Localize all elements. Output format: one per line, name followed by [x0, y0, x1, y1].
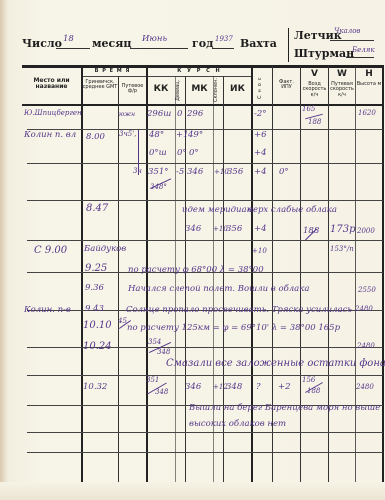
col-header-v-label: Возд скорость к/ч [301, 82, 328, 98]
year-label: год [192, 37, 213, 50]
navigator-underline [346, 57, 374, 58]
col-header-ipu: Факт. ИПУ [273, 80, 300, 91]
col-header-mk: МК [186, 85, 213, 94]
gmt-cell: 9.25 [85, 264, 107, 274]
note-cell: Солнце пропало просвечивать. Тряска усил… [126, 306, 352, 315]
gmt-cell: 10.24 [83, 342, 112, 352]
drift-cell: +4 [254, 149, 267, 158]
row-line [27, 432, 383, 433]
flight-log-page: Число 18 месяц Июнь год 1937 Вахта Летчи… [0, 0, 385, 500]
place-cell: С 9.00 [34, 246, 67, 256]
drift-cell: -2° [254, 110, 267, 119]
deviation-cell: 0 [177, 110, 182, 119]
ik-cell: 356 [226, 225, 242, 234]
pilot-value: Чкалов [334, 28, 361, 35]
w-cell: 173р [330, 225, 356, 235]
kk-sub-cell: 348 [157, 349, 170, 356]
ipu-cell: 0° [279, 168, 289, 177]
watch-label: Вахта [240, 37, 277, 50]
ik-cell: 348 [226, 383, 242, 392]
page-bottom-margin [0, 482, 385, 500]
gmt-cell: 8.00 [86, 133, 105, 142]
h-cell: 1620 [358, 110, 376, 117]
v-cell: 165 [302, 106, 315, 113]
v-sub-cell: 188 [308, 119, 321, 126]
drift-cell: +10 [252, 248, 267, 255]
gmt-cell: 9.36 [85, 284, 104, 293]
note-cell: по расчету φ 68°00 λ = 38°00 [128, 266, 264, 275]
header-divider [288, 28, 289, 62]
navigator-value: Беляк [352, 47, 375, 54]
navigator-label: Штурман [294, 47, 354, 60]
ik-cell: 356 [227, 168, 243, 177]
col-group-courses: К У Р С Н [147, 69, 252, 74]
h-cell: 2480 [355, 306, 373, 313]
kk-cell: 0°ш [149, 149, 167, 158]
gmt-cell: 10.32 [83, 383, 107, 392]
deviation-cell: 0° [177, 149, 187, 158]
kk-sub-cell: 348 [155, 389, 168, 396]
h-cell: 2000 [357, 228, 375, 235]
col-header-w-letter: W [329, 70, 355, 79]
place-cell: Ю.Шпицберген [24, 110, 82, 117]
h-cell: 2550 [358, 287, 376, 294]
note-cell: идем меридиан [182, 206, 252, 215]
mk-cell: 296 [187, 110, 203, 119]
note-cell: Смазали все заложенные остатки фонаря [166, 359, 385, 369]
ipu-cell: +2 [278, 383, 291, 392]
year-value: 1937 [215, 36, 233, 43]
col-header-h-letter: H [356, 70, 382, 79]
row-line [27, 347, 383, 348]
note-cell-2: верх слабые облака [248, 206, 337, 215]
note-cell: по расчету 125км = φ = 69°10' λ = 38°00 … [127, 324, 340, 333]
brace-stroke [138, 130, 139, 175]
gmt-cell: 8.47 [86, 204, 108, 214]
row-line [27, 452, 383, 453]
row-line [27, 240, 383, 241]
travel-cell: южн [119, 112, 135, 118]
col-header-h-label: Высота м [356, 82, 382, 87]
kk-cell: 48° [149, 131, 164, 140]
day-underline [56, 48, 90, 49]
day-value: 18 [63, 35, 74, 44]
kk-cell: 351 [146, 377, 159, 384]
kk-cell: 296ш [147, 110, 171, 119]
h-note-cell: 153°/п [330, 246, 354, 253]
courses-group-line [143, 76, 252, 77]
note-cell: Байдуков [84, 245, 126, 254]
note-cell: Вышли на берег Баренцева моря но выше [189, 404, 380, 413]
col-header-gmt: Гринвичск. среднее GMT [82, 80, 118, 91]
kk-cell: 354 [148, 339, 161, 346]
col-header-ik: ИК [224, 85, 251, 94]
gmt-cell: 9.43 [85, 305, 104, 314]
note-cell: высоких облаков нет [189, 420, 286, 429]
kk-cell: 351° [148, 168, 168, 177]
h-cell: 2480 [356, 384, 374, 391]
month-value: Июнь [142, 35, 167, 44]
col-header-kk: КК [147, 85, 175, 94]
drift-cell: +4 [254, 225, 267, 234]
col-header-deviation: Девиац. [176, 78, 185, 102]
deviation-cell: +1 [176, 131, 189, 140]
mk-cell: 346 [187, 168, 203, 177]
row-line [27, 375, 383, 376]
drift-cell: ? [256, 383, 261, 392]
row-line [27, 163, 383, 164]
travel-cell: 3ч5', [119, 131, 136, 138]
col-header-declination: Склонен. [214, 77, 223, 103]
col-header-w-label: Путевая скорость к/ч [329, 82, 355, 98]
place-cell: Колин. п-в [24, 306, 71, 315]
mk-cell: 49° [188, 131, 203, 140]
drift-cell: +4 [254, 168, 267, 177]
col-header-place: Место или название [22, 78, 81, 91]
col-header-v-letter: V [301, 70, 328, 79]
pilot-underline [330, 40, 374, 41]
col-header-drift: Снос [258, 74, 267, 100]
year-underline [212, 48, 234, 49]
mk-cell: 0° [189, 149, 199, 158]
month-underline [130, 48, 188, 49]
header-bottom-border [22, 104, 384, 106]
v-cell: 156 [302, 377, 315, 384]
note-cell: Начался слепой полет. Вошли в облака [128, 285, 309, 294]
time-group-line [82, 76, 143, 77]
deviation-cell: -5 [176, 168, 184, 177]
place-cell: Колин п. вл [24, 131, 76, 140]
col-group-time: В Р Е М Я [82, 69, 143, 74]
drift-cell: +6 [254, 131, 267, 140]
col-header-travel-time: Путевое ф/р [119, 84, 146, 95]
gmt-cell: 10.10 [83, 321, 112, 331]
mk-cell: 346 [185, 225, 201, 234]
mk-cell: 346 [185, 383, 201, 392]
row-line [27, 129, 383, 130]
h-cell: 2480 [357, 343, 375, 350]
row-line [27, 200, 383, 201]
month-label: месяц [92, 37, 132, 50]
